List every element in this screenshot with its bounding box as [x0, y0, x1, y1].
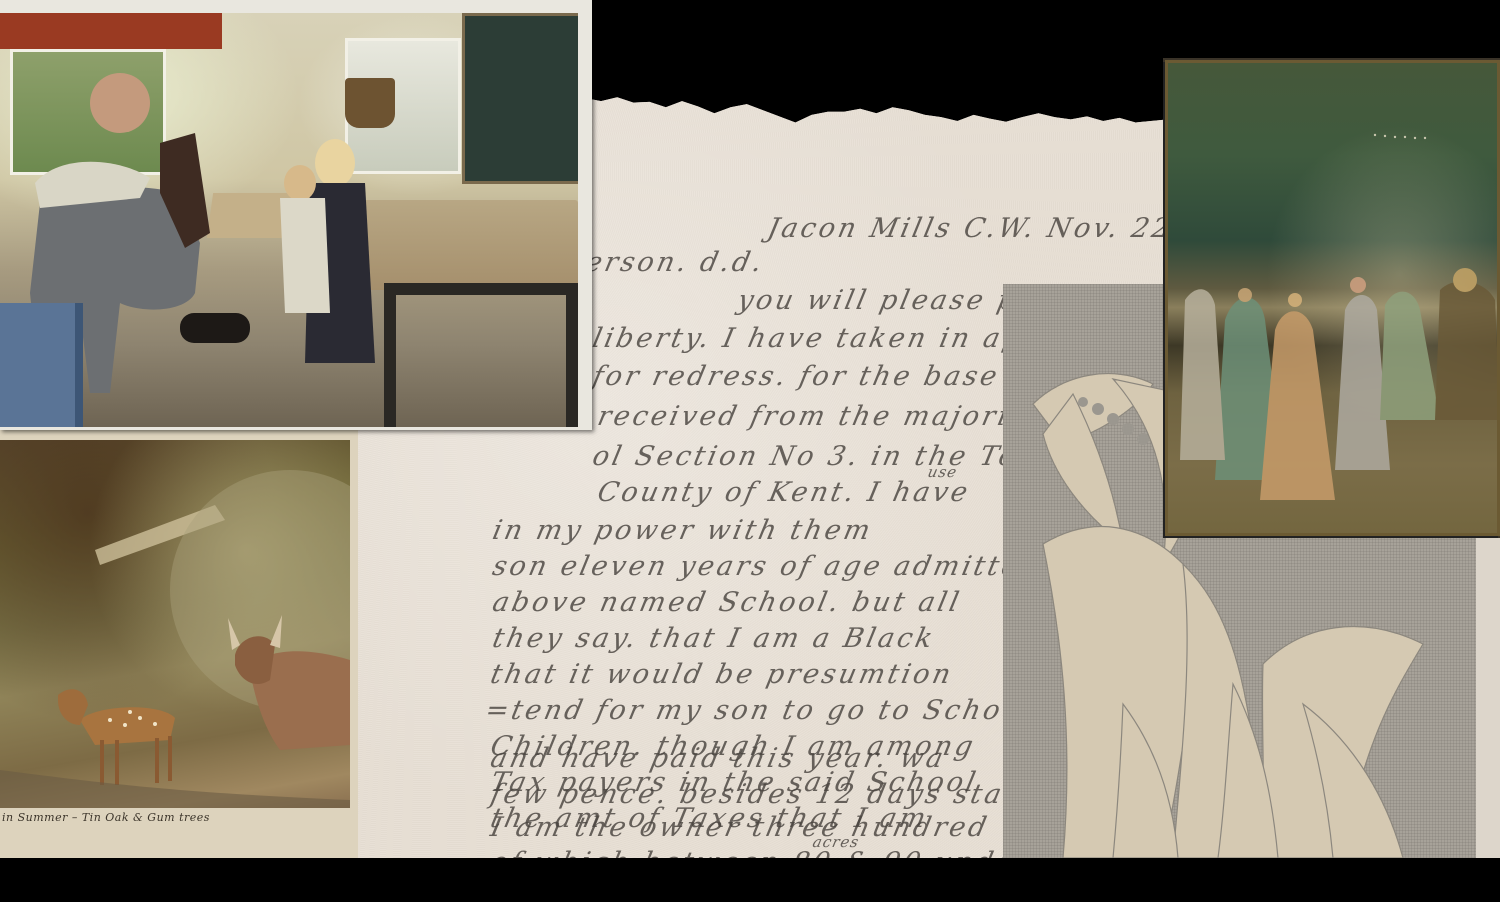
- family-photo: [0, 13, 578, 427]
- boy-head: [90, 73, 150, 133]
- letter-line: in my power with them: [490, 515, 876, 546]
- butcher-block-stand: [384, 283, 578, 427]
- blue-cabinet: [0, 303, 83, 427]
- letter-line: County of Kent. I have: [595, 477, 974, 508]
- letter-line: erson. d.d.: [583, 247, 768, 278]
- letter-line: for redress. for the base: [590, 361, 1003, 392]
- window-blind: [0, 13, 222, 49]
- woman-with-child-icon: [265, 123, 375, 363]
- painting-figures-icon: [1165, 60, 1500, 536]
- green-painting: [1165, 60, 1500, 536]
- letter-line: =tend for my son to go to School: [483, 695, 1037, 726]
- blackboard: [462, 13, 578, 184]
- letter-line: they say. that I am a Black: [490, 623, 938, 654]
- letter-line: that it would be presumtion: [488, 659, 957, 690]
- deer-scene-icon: [0, 440, 350, 808]
- letter-line: Tax payers in the said School: [488, 767, 981, 798]
- letter-line: Children. though I am among: [488, 731, 979, 762]
- letter-line: the amt of Taxes that I am: [488, 803, 932, 834]
- letter-line: above named School. but all: [490, 587, 965, 618]
- butcher-block: [350, 200, 578, 290]
- hanging-basket: [345, 78, 395, 128]
- letter-line: received from the majority: [595, 401, 1045, 432]
- deer-lithograph: [0, 440, 350, 808]
- letter-line: son eleven years of age admitted: [490, 551, 1045, 582]
- lithograph-caption: in Summer – Tin Oak & Gum trees: [2, 811, 210, 824]
- dachshund: [180, 313, 250, 343]
